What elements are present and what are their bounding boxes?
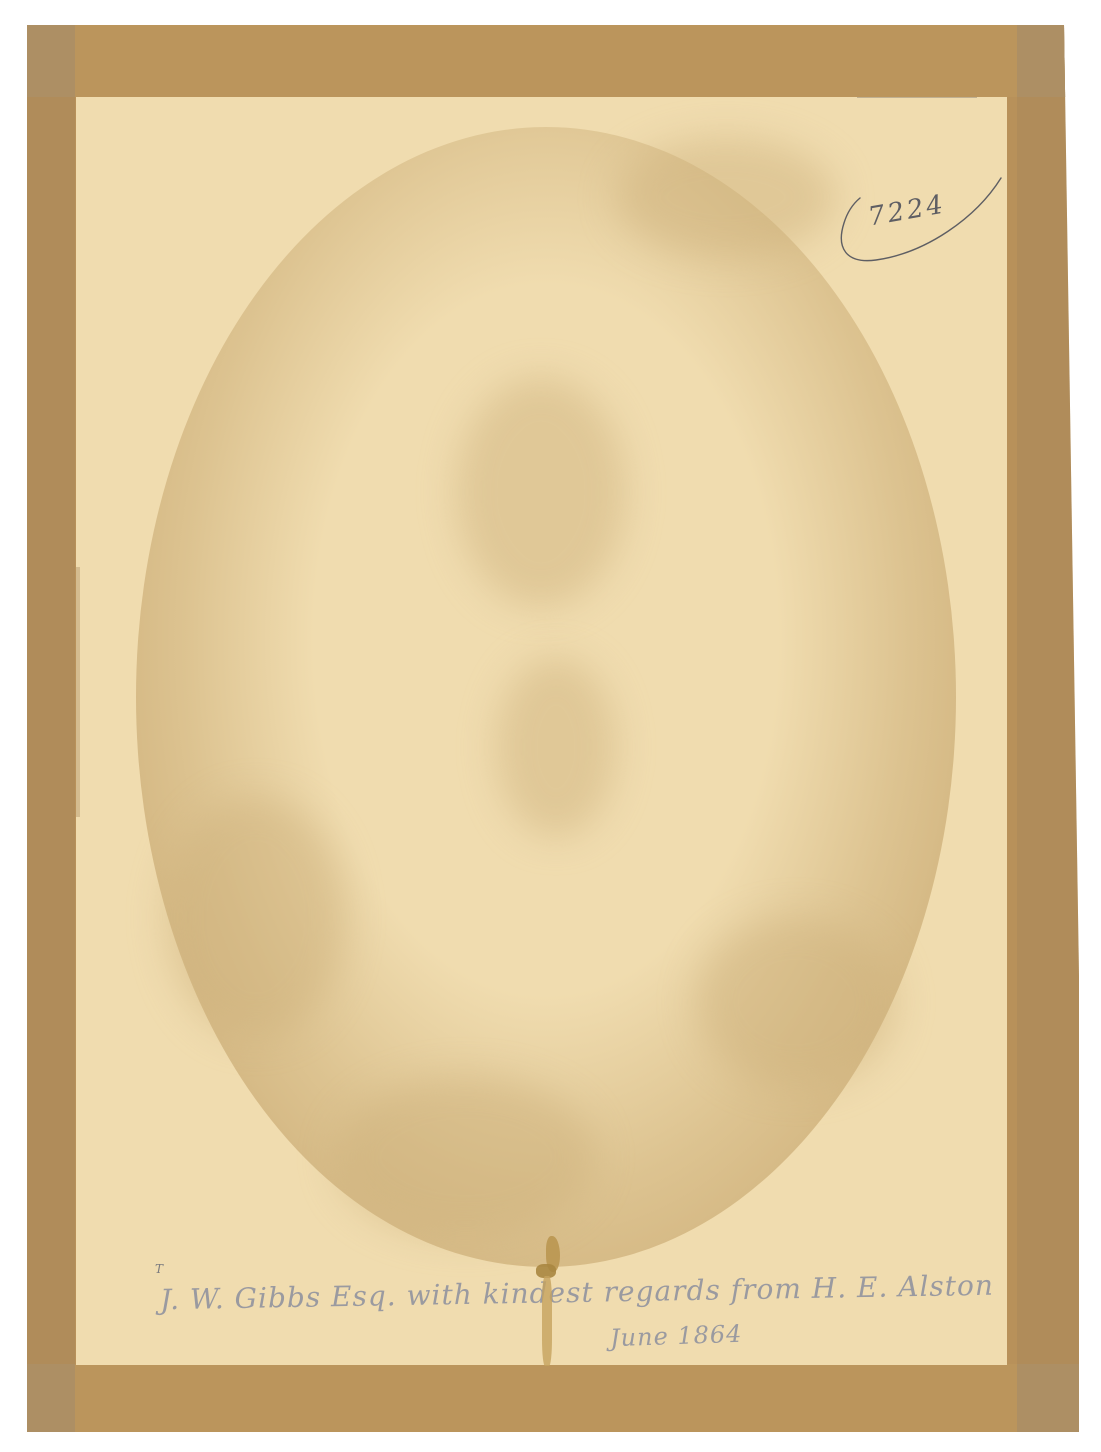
discoloration	[456, 377, 626, 607]
tape-overlap-top-left	[27, 25, 75, 97]
inscription-date: June 1864	[610, 1320, 743, 1353]
discoloration	[616, 137, 836, 257]
photo-back-paper	[76, 97, 1007, 1365]
tape-overlap-top-right	[1017, 25, 1079, 97]
stain-drip	[542, 1276, 552, 1366]
discoloration	[496, 657, 616, 837]
glue-stain	[536, 1236, 562, 1366]
small-pencil-mark: T	[155, 1262, 164, 1276]
discoloration	[166, 797, 346, 1037]
paper-edge-crease	[76, 567, 80, 817]
tape-strip-top	[27, 25, 1079, 97]
discoloration	[336, 1077, 596, 1237]
tape-overlap-bottom-left	[27, 1364, 75, 1432]
tape-strip-left	[27, 25, 75, 1432]
tape-strip-right	[1017, 25, 1079, 1432]
pencil-rule-line	[857, 97, 977, 98]
tape-overlap-bottom-right	[1017, 1364, 1079, 1432]
tape-strip-bottom	[27, 1364, 1079, 1432]
discoloration	[696, 917, 896, 1087]
